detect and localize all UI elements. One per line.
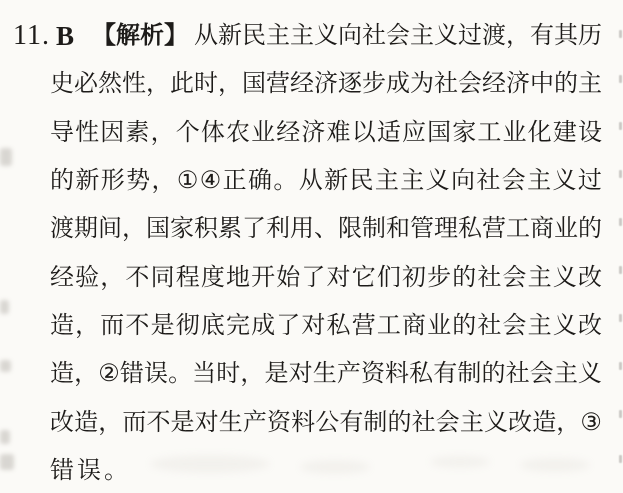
- scan-artifact: [619, 122, 622, 130]
- text-line: 造，而不是彻底完成了对私营工商业的社会主义改: [50, 302, 602, 350]
- text-line: 导性因素，个体农业经济难以适应国家工业化建设: [50, 109, 602, 157]
- scan-artifact: [0, 300, 9, 314]
- scanned-answer-page: 11. B 【解析】 从新民主主义向社会主义过渡，有其历 史必然性，此时，国营经…: [0, 0, 623, 493]
- scan-artifact: [0, 430, 10, 444]
- text-line-first: 11. B 【解析】 从新民主主义向社会主义过渡，有其历: [13, 12, 602, 60]
- explanation-block: 11. B 【解析】 从新民主主义向社会主义过渡，有其历 史必然性，此时，国营经…: [13, 12, 602, 493]
- analysis-label: 【解析】: [92, 24, 186, 48]
- last-line-text: 错误。: [50, 459, 131, 483]
- text-line: 史必然性，此时，国营经济逐步成为社会经济中的主: [50, 60, 602, 108]
- scan-artifact: [619, 170, 622, 178]
- scan-artifact: [619, 266, 622, 274]
- scan-artifact: [619, 30, 622, 38]
- scan-artifact: [619, 455, 622, 463]
- text-line: 造，②错误。当时，是对生产资料私有制的社会主义: [50, 350, 602, 398]
- text-line: 改造，而不是对生产资料公有制的社会主义改造，③: [50, 398, 602, 446]
- scan-artifact: [619, 410, 622, 418]
- first-line-text: 从新民主主义向社会主义过渡，有其历: [194, 24, 602, 48]
- answer-letter: B: [56, 23, 74, 50]
- body-lines: 史必然性，此时，国营经济逐步成为社会经济中的主导性因素，个体农业经济难以适应国家…: [13, 60, 602, 446]
- scan-artifact: [619, 75, 622, 83]
- scan-artifact: [619, 218, 622, 226]
- text-line: 经验，不同程度地开始了对它们初步的社会主义改: [50, 253, 602, 301]
- scan-artifact: [0, 360, 11, 372]
- text-line-last: 错误。: [50, 447, 602, 493]
- scan-artifact: [619, 362, 622, 370]
- text-line: 渡期间，国家积累了利用、限制和管理私营工商业的: [50, 205, 602, 253]
- text-line: 的新形势，①④正确。从新民主主义向社会主义过: [50, 157, 602, 205]
- scan-artifact: [619, 314, 622, 322]
- scan-artifact: [0, 148, 12, 166]
- item-number: 11.: [13, 22, 50, 50]
- scan-artifact: [0, 454, 14, 470]
